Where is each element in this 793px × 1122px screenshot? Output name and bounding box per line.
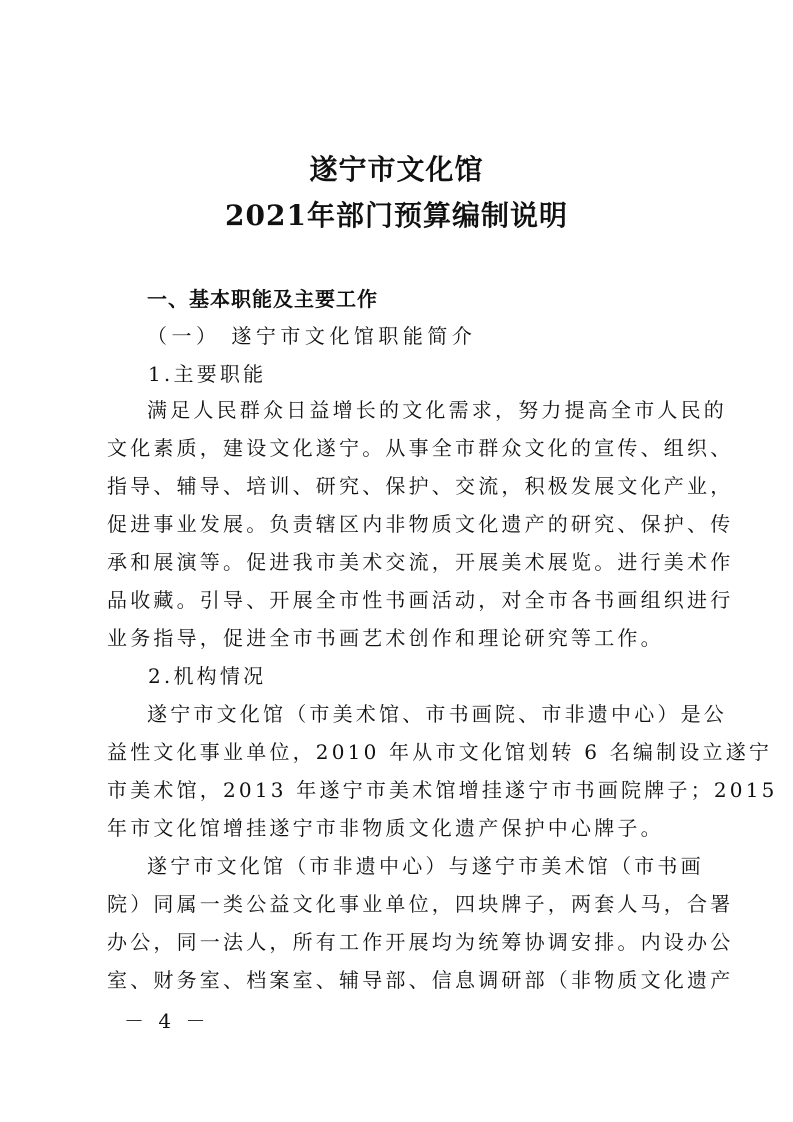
paragraph-line: 品收藏。引导、开展全市性书画活动，对全市各书画组织进行 [107, 584, 689, 613]
paragraph-line: 院）同属一类公益文化事业单位，四块牌子，两套人马，合署 [107, 888, 689, 917]
paragraph-line: 承和展演等。促进我市美术交流，开展美术展览。进行美术作 [107, 546, 689, 575]
document-title: 遂宁市文化馆 [0, 148, 793, 188]
paragraph-line: 遂宁市文化馆（市美术馆、市书画院、市非遗中心）是公 [107, 698, 729, 727]
section-heading: 一、基本职能及主要工作 [147, 283, 729, 312]
paragraph-line: 室、财务室、档案室、辅导部、信息调研部（非物质文化遗产 [107, 964, 689, 993]
subsection-heading: （一） 遂宁市文化馆职能简介 [147, 320, 729, 349]
paragraph-line: 遂宁市文化馆（市非遗中心）与遂宁市美术馆（市书画 [107, 850, 729, 879]
page-number: － 4 － [124, 1005, 209, 1034]
paragraph-line: 办公，同一法人，所有工作开展均为统筹协调安排。内设办公 [107, 926, 689, 955]
paragraph-line: 业务指导，促进全市书画艺术创作和理论研究等工作。 [107, 622, 689, 651]
paragraph-line: 满足人民群众日益增长的文化需求，努力提高全市人民的 [107, 394, 729, 423]
item-heading-2: 2.机构情况 [148, 660, 730, 689]
item-heading-1: 1.主要职能 [148, 358, 730, 387]
paragraph-line: 文化素质，建设文化遂宁。从事全市群众文化的宣传、组织、 [107, 432, 689, 461]
paragraph-line: 促进事业发展。负责辖区内非物质文化遗产的研究、保护、传 [107, 508, 689, 537]
document-subtitle: 2021年部门预算编制说明 [0, 194, 793, 234]
paragraph-line: 益性文化事业单位，2010 年从市文化馆划转 6 名编制设立遂宁 [107, 736, 689, 765]
paragraph-line: 市美术馆，2013 年遂宁市美术馆增挂遂宁市书画院牌子；2015 [107, 774, 689, 803]
paragraph-line: 年市文化馆增挂遂宁市非物质文化遗产保护中心牌子。 [107, 812, 689, 841]
paragraph-line: 指导、辅导、培训、研究、保护、交流，积极发展文化产业， [107, 470, 689, 499]
